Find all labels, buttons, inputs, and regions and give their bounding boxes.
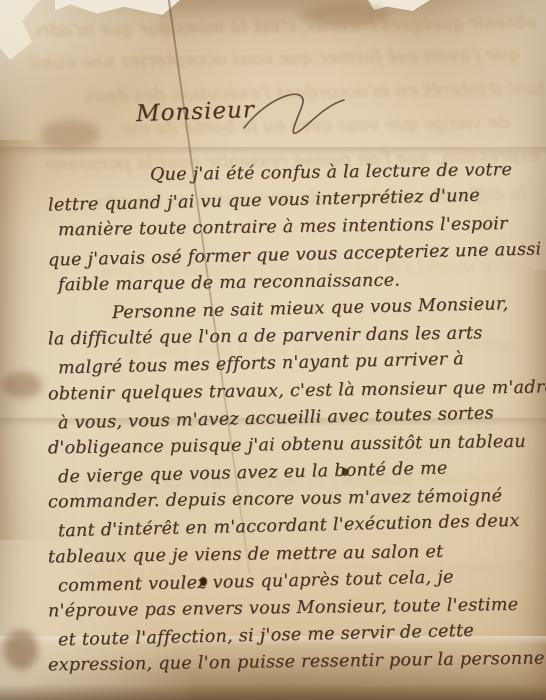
paper-stain — [40, 120, 100, 150]
paper-stain — [2, 372, 42, 398]
letter-line: expression, que l'on puisse ressentir po… — [48, 649, 540, 683]
paper-stain — [300, 4, 390, 26]
letter-body: Que j'ai été confus à la lecture de votr… — [48, 163, 540, 680]
ink-blot — [200, 577, 207, 586]
paper-stain — [4, 630, 38, 670]
salutation: Monsieur — [136, 97, 256, 127]
sheet-bottom-shadow — [0, 684, 546, 700]
letter-sheet: obtenir quelques travaux, c'est là monsi… — [0, 0, 546, 700]
ink-blot — [342, 468, 348, 476]
pen-flourish-icon — [240, 88, 350, 140]
